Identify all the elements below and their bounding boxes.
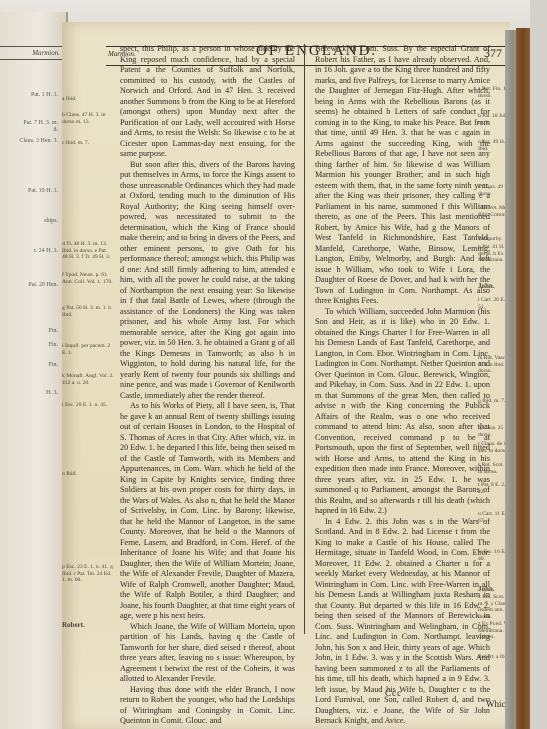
paragraph: spect, this Philip, as a person in whose…	[120, 44, 295, 160]
book-cover-edge	[516, 28, 530, 729]
left-margin-note: Pat. 1 H. 3.	[18, 92, 58, 99]
paragraph: In 4 Edw. 2. this John was s in the Wars…	[315, 517, 490, 727]
margin-note: p Esc. 23 E. 1. n. 41. q Ibid. r Pat. Te…	[62, 564, 114, 584]
left-margin-note: Pat. 7 H. 3. m. 8.	[18, 120, 58, 134]
left-margin-note: Claus. 3 Hen. 3.	[18, 138, 58, 145]
margin-note: f Ypod. Neust. p. 61. Ann. Coll. Vol. 1.…	[62, 272, 114, 285]
side-heading: Robert.	[62, 622, 114, 629]
left-page-fragment: Marmion. Pat. 1 H. 3. Pat. 7 H. 3. m. 8.…	[0, 12, 68, 729]
left-margin-note: Fin.	[18, 328, 58, 335]
printer-signature: Ccc	[385, 688, 402, 698]
paragraph: Which Joane, the Wife of William Mortein…	[120, 622, 295, 685]
margin-note: c Ibid. m. 7.	[62, 140, 114, 147]
left-margin-note: Pat. 20 Hen.	[18, 282, 58, 289]
left-page-header: Marmion.	[0, 46, 64, 60]
margin-note: k Monaft. Angl. Vol. 2. 412 a. n. 20.	[62, 373, 114, 386]
paragraph: But soon after this, divers of the Baron…	[120, 160, 295, 402]
left-margin-note: Pat. 19 H. 3.	[18, 188, 58, 195]
margin-note: l Esc. 20 E. 1. n. 45.	[62, 402, 114, 409]
right-text-column: Berewick in Com. Suss. By the especial G…	[315, 44, 490, 727]
margin-note: b Claus. 47 H. 3. in dorso m. 13.	[62, 112, 114, 125]
left-margin-note: r. 24 H. 3.	[18, 248, 58, 255]
column-divider	[304, 44, 305, 634]
left-text-column: spect, this Philip, as a person in whose…	[120, 44, 295, 727]
margin-note: g Pat. 50 H. 3. m. 1. h Ibid.	[62, 305, 114, 318]
margin-note: a Ibid.	[62, 96, 114, 103]
paragraph: As to his Works of Piety, all I have see…	[120, 401, 295, 622]
left-margin-note: H. 3.	[18, 390, 58, 397]
left-margin-note: ships.	[18, 218, 58, 225]
margin-note: i Inquif. per pacem. 2 E. 1.	[62, 343, 114, 356]
paragraph: Having thus done with the elder Branch, …	[120, 685, 295, 727]
margin-note: d Tr. 48 H. 3. m. 13. Ibid. in dorso. e …	[62, 241, 114, 261]
paragraph: To which William, succeeded John Marmion…	[315, 307, 490, 517]
background-fabric-right	[530, 0, 547, 729]
margin-note: n Ibid.	[62, 471, 114, 478]
left-margin-note: Fin.	[18, 342, 58, 349]
left-margin-note: Fin.	[18, 362, 58, 369]
paragraph: Berewick in Com. Suss. By the especial G…	[315, 44, 490, 307]
